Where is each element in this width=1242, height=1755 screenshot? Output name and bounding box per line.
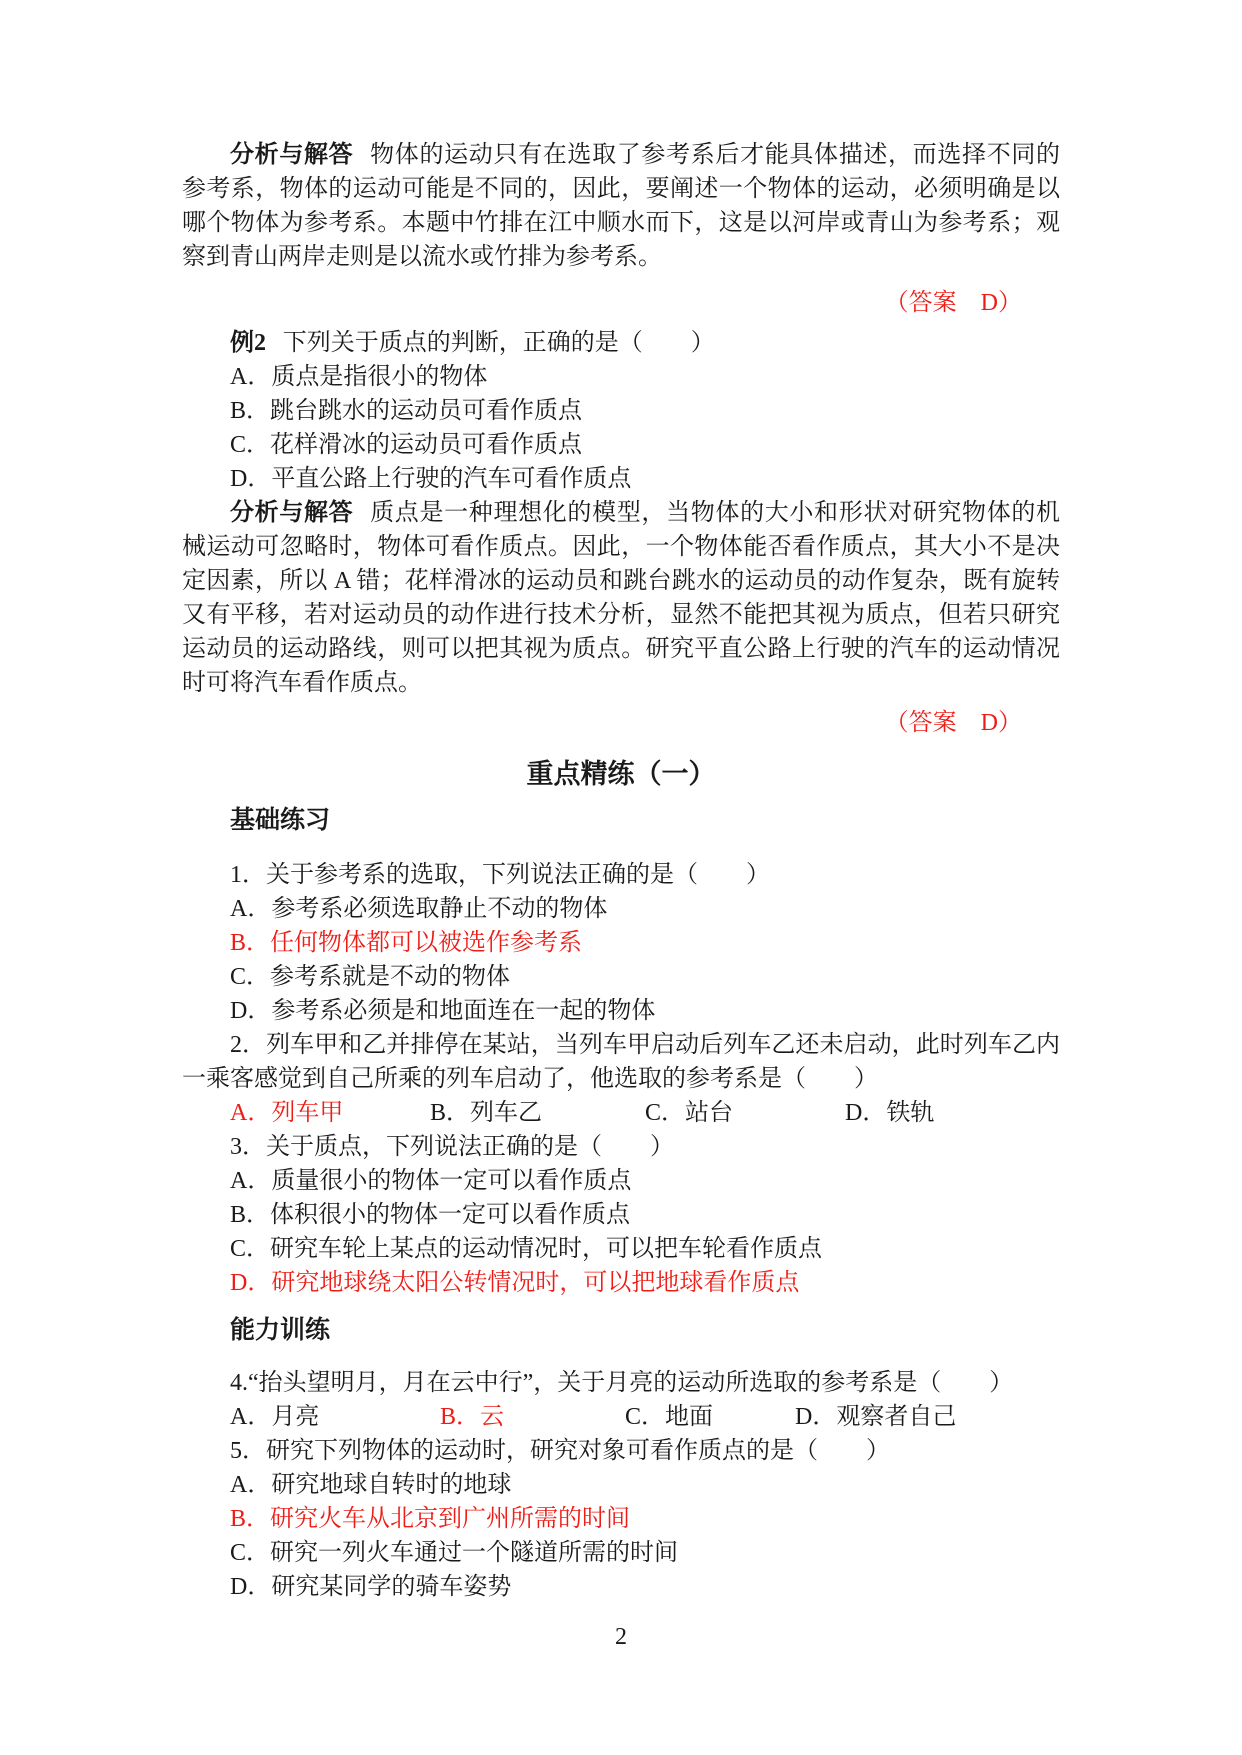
example2-label: 例2 [230, 330, 266, 356]
option-text: 质点是指很小的物体 [271, 364, 487, 390]
option-item-answer-highlight: B．研究火车从北京到广州所需的时间 [182, 1502, 1060, 1536]
option-item: A．参考系必须选取静止不动的物体 [182, 892, 1060, 926]
question-3-stem: 3．关于质点，下列说法正确的是（ ） [182, 1130, 1060, 1164]
option-text: 花样滑冰的运动员可看作质点 [270, 432, 582, 458]
option-key: C． [230, 1236, 270, 1262]
option-key: C． [645, 1100, 685, 1126]
option-text: 月亮 [271, 1404, 319, 1430]
option-item: B．体积很小的物体一定可以看作质点 [182, 1198, 1060, 1232]
option-item: C．地面 [625, 1400, 795, 1434]
subsection-ability-training: 能力训练 [182, 1314, 1060, 1348]
example2-analysis-paragraph: 分析与解答质点是一种理想化的模型，当物体的大小和形状对研究物体的机械运动可忽略时… [182, 496, 1060, 700]
page-number: 2 [182, 1620, 1060, 1654]
option-key: A． [230, 1404, 271, 1430]
option-text: 研究某同学的骑车姿势 [271, 1574, 511, 1600]
option-item: A．月亮 [230, 1400, 440, 1434]
analysis-label: 分析与解答 [230, 142, 353, 168]
option-key: C． [230, 1540, 270, 1566]
option-key: B． [230, 1506, 270, 1532]
option-key: C． [230, 432, 270, 458]
option-text: 平直公路上行驶的汽车可看作质点 [271, 466, 631, 492]
option-item-answer-highlight: B．任何物体都可以被选作参考系 [182, 926, 1060, 960]
option-text: 参考系必须选取静止不动的物体 [271, 896, 607, 922]
question-4-stem: 4.“抬头望明月，月在云中行”，关于月亮的运动所选取的参考系是（ ） [182, 1366, 1060, 1400]
option-key: D． [230, 1270, 271, 1296]
option-text: 体积很小的物体一定可以看作质点 [270, 1202, 630, 1228]
option-text: 质量很小的物体一定可以看作质点 [271, 1168, 631, 1194]
option-item: D．观察者自己 [795, 1400, 956, 1434]
option-item: C．研究车轮上某点的运动情况时，可以把车轮看作质点 [182, 1232, 1060, 1266]
example1-answer: （答案 D） [182, 286, 1060, 320]
option-text: 列车乙 [470, 1100, 542, 1126]
option-key: B． [230, 398, 270, 424]
option-key: A． [230, 1472, 271, 1498]
analysis-body: 质点是一种理想化的模型，当物体的大小和形状对研究物体的机械运动可忽略时，物体可看… [182, 500, 1060, 696]
option-text: 研究车轮上某点的运动情况时，可以把车轮看作质点 [270, 1236, 822, 1262]
option-item-answer-highlight: A．列车甲 [230, 1096, 430, 1130]
option-text: 云 [480, 1404, 504, 1430]
option-item: C．站台 [645, 1096, 845, 1130]
option-item: D．平直公路上行驶的汽车可看作质点 [182, 462, 1060, 496]
question-1-options: A．参考系必须选取静止不动的物体 B．任何物体都可以被选作参考系 C．参考系就是… [182, 892, 1060, 1028]
example2-question: 例2下列关于质点的判断，正确的是（ ） [182, 326, 1060, 360]
option-key: A． [230, 1100, 271, 1126]
option-text: 研究一列火车通过一个隧道所需的时间 [270, 1540, 678, 1566]
question-4-options: A．月亮 B．云 C．地面 D．观察者自己 [182, 1400, 1060, 1434]
option-item: D．参考系必须是和地面连在一起的物体 [182, 994, 1060, 1028]
option-text: 观察者自己 [836, 1404, 956, 1430]
option-text: 研究地球绕太阳公转情况时，可以把地球看作质点 [271, 1270, 799, 1296]
option-item: C．参考系就是不动的物体 [182, 960, 1060, 994]
option-text: 铁轨 [886, 1100, 934, 1126]
option-key: D． [795, 1404, 836, 1430]
option-item-answer-highlight: D．研究地球绕太阳公转情况时，可以把地球看作质点 [182, 1266, 1060, 1300]
option-text: 地面 [665, 1404, 713, 1430]
option-item: D．研究某同学的骑车姿势 [182, 1570, 1060, 1604]
example1-analysis-paragraph: 分析与解答物体的运动只有在选取了参考系后才能具体描述，而选择不同的参考系，物体的… [182, 138, 1060, 274]
option-key: D． [230, 1574, 271, 1600]
option-text: 站台 [685, 1100, 733, 1126]
option-key: A． [230, 896, 271, 922]
option-item: A．研究地球自转时的地球 [182, 1468, 1060, 1502]
option-text: 列车甲 [271, 1100, 343, 1126]
example2-answer: （答案 D） [182, 706, 1060, 740]
option-key: D． [845, 1100, 886, 1126]
analysis-label: 分析与解答 [230, 500, 353, 526]
option-key: C． [230, 964, 270, 990]
option-key: A． [230, 364, 271, 390]
section-title: 重点精练（一） [182, 756, 1060, 792]
option-item: A．质量很小的物体一定可以看作质点 [182, 1164, 1060, 1198]
option-item: D．铁轨 [845, 1096, 934, 1130]
option-key: B． [230, 930, 270, 956]
question-2-stem: 2．列车甲和乙并排停在某站，当列车甲启动后列车乙还未启动，此时列车乙内一乘客感觉… [182, 1028, 1060, 1096]
option-text: 任何物体都可以被选作参考系 [270, 930, 582, 956]
subsection-basic-practice: 基础练习 [182, 804, 1060, 838]
option-item: B．跳台跳水的运动员可看作质点 [182, 394, 1060, 428]
option-key: B． [440, 1404, 480, 1430]
option-item: C．研究一列火车通过一个隧道所需的时间 [182, 1536, 1060, 1570]
question-1-stem: 1．关于参考系的选取，下列说法正确的是（ ） [182, 858, 1060, 892]
question-5-stem: 5．研究下列物体的运动时，研究对象可看作质点的是（ ） [182, 1434, 1060, 1468]
option-item-answer-highlight: B．云 [440, 1400, 625, 1434]
page-content: 分析与解答物体的运动只有在选取了参考系后才能具体描述，而选择不同的参考系，物体的… [182, 138, 1060, 1654]
question-5-options: A．研究地球自转时的地球 B．研究火车从北京到广州所需的时间 C．研究一列火车通… [182, 1468, 1060, 1604]
option-text: 参考系必须是和地面连在一起的物体 [271, 998, 655, 1024]
question-3-options: A．质量很小的物体一定可以看作质点 B．体积很小的物体一定可以看作质点 C．研究… [182, 1164, 1060, 1300]
option-text: 研究火车从北京到广州所需的时间 [270, 1506, 630, 1532]
option-key: D． [230, 998, 271, 1024]
option-key: B． [430, 1100, 470, 1126]
option-key: A． [230, 1168, 271, 1194]
document-page: 分析与解答物体的运动只有在选取了参考系后才能具体描述，而选择不同的参考系，物体的… [0, 0, 1242, 1755]
option-text: 研究地球自转时的地球 [271, 1472, 511, 1498]
option-key: B． [230, 1202, 270, 1228]
question-2-options: A．列车甲 B．列车乙 C．站台 D．铁轨 [182, 1096, 1060, 1130]
example2-question-text: 下列关于质点的判断，正确的是（ ） [283, 330, 715, 356]
example2-options: A．质点是指很小的物体 B．跳台跳水的运动员可看作质点 C．花样滑冰的运动员可看… [182, 360, 1060, 496]
option-item: A．质点是指很小的物体 [182, 360, 1060, 394]
option-item: B．列车乙 [430, 1096, 645, 1130]
option-text: 参考系就是不动的物体 [270, 964, 510, 990]
option-text: 跳台跳水的运动员可看作质点 [270, 398, 582, 424]
option-item: C．花样滑冰的运动员可看作质点 [182, 428, 1060, 462]
option-key: C． [625, 1404, 665, 1430]
option-key: D． [230, 466, 271, 492]
